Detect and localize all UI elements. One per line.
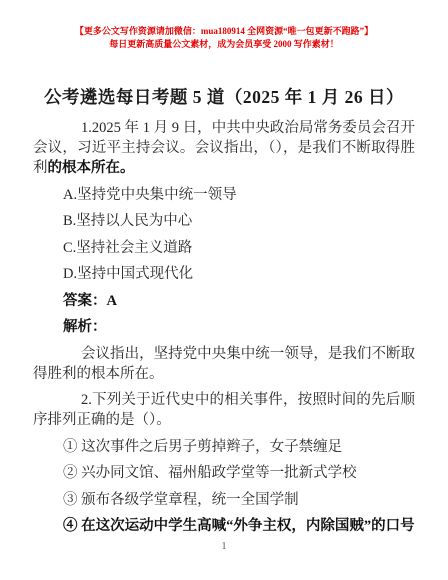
- question-1-analysis-label: 解析：: [63, 317, 415, 337]
- page-number: 1: [0, 541, 448, 552]
- question-2-item-4: ④ 在这次运动中学生高喊“外争主权，内除国贼”的口号: [63, 516, 415, 536]
- question-1-option-d: D.坚持中国式现代化: [63, 264, 415, 284]
- question-1-option-b: B.坚持以人民为中心: [63, 211, 415, 231]
- ad-banner: 【更多公文写作资源请加微信：mua180914 全网资源“唯一包更新不跑路”】 …: [0, 0, 448, 50]
- question-1-stem: 1.2025 年 1 月 9 日，中共中央政治局常务委员会召开会议，习近平主持会…: [33, 118, 415, 178]
- question-1-option-c: C.坚持社会主义道路: [63, 238, 415, 258]
- question-2-item-1: ① 这次事件之后男子剪掉辫子，女子禁缠足: [63, 437, 415, 457]
- ad-banner-line-2: 每日更新高质量公文素材，成为会员享受 2000 写作素材！: [0, 38, 448, 51]
- question-1-option-a: A.坚持党中央集中统一领导: [63, 185, 415, 205]
- ad-banner-line-1: 【更多公文写作资源请加微信：mua180914 全网资源“唯一包更新不跑路”】: [0, 25, 448, 38]
- document-body: 1.2025 年 1 月 9 日，中共中央政治局常务委员会召开会议，习近平主持会…: [33, 118, 415, 536]
- document-page: 【更多公文写作资源请加微信：mua180914 全网资源“唯一包更新不跑路”】 …: [0, 0, 448, 580]
- question-2-stem: 2.下列关于近代史中的相关事件，按照时间的先后顺序排列正确的是（）。: [33, 390, 415, 430]
- question-1-answer: 答案：A: [63, 291, 415, 311]
- question-2-item-3: ③ 颁布各级学堂章程，统一全国学制: [63, 490, 415, 510]
- question-1-analysis-text: 会议指出，坚持党中央集中统一领导，是我们不断取得胜利的根本所在。: [33, 344, 415, 384]
- document-title: 公考遴选每日考题 5 道（2025 年 1 月 26 日）: [0, 84, 448, 109]
- question-2-item-2: ② 兴办同文馆、福州船政学堂等一批新式学校: [63, 463, 415, 483]
- question-1-stem-bold: 的根本所在。: [48, 160, 135, 176]
